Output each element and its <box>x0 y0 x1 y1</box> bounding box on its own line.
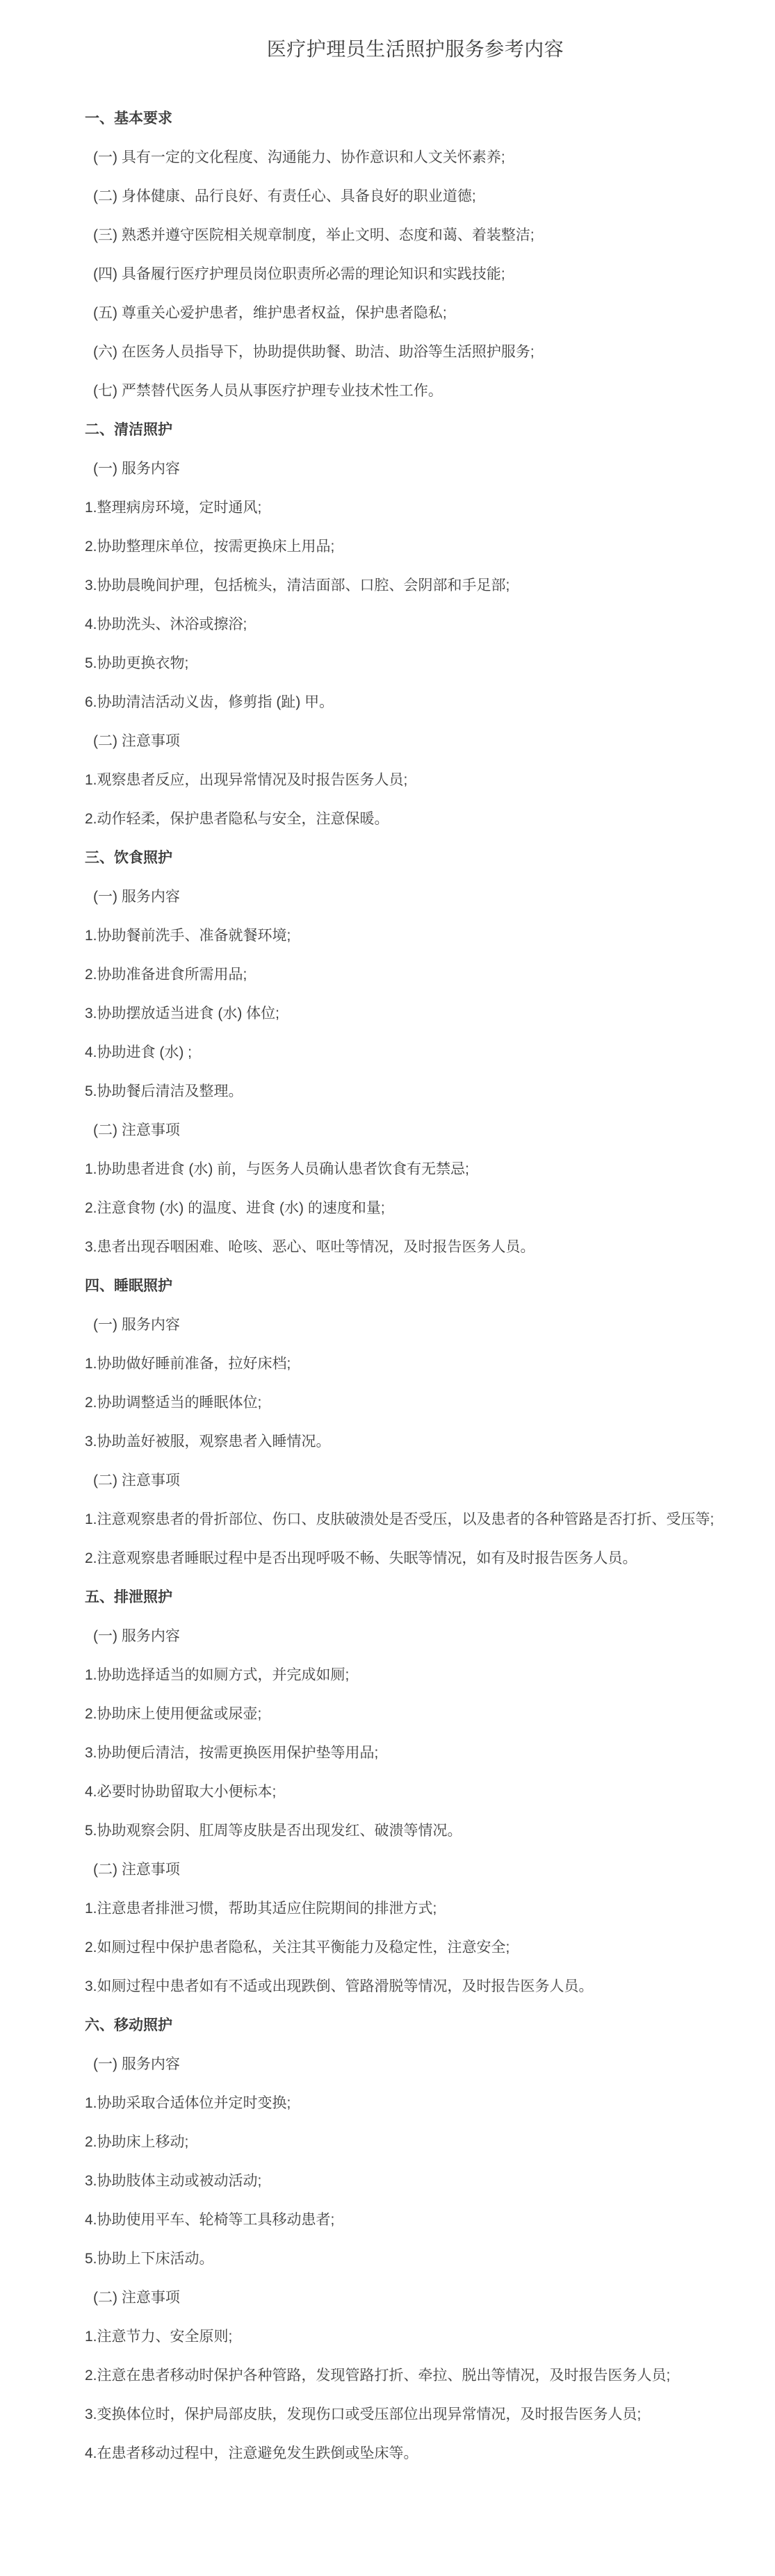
list-item-line: 6.协助清洁活动义齿，修剪指 (趾) 甲。 <box>85 695 746 709</box>
list-item-line: 3.协助盖好被服，观察患者入睡情况。 <box>85 1434 746 1449</box>
list-item-line: 4.协助使用平车、轮椅等工具移动患者; <box>85 2213 746 2227</box>
list-item-line: 1.注意观察患者的骨折部位、伤口、皮肤破溃处是否受压，以及患者的各种管路是否打折… <box>85 1512 746 1527</box>
list-item-line: 4.在患者移动过程中，注意避免发生跌倒或坠床等。 <box>85 2446 746 2461</box>
list-item-line: 3.协助摆放适当进食 (水) 体位; <box>85 1006 746 1021</box>
section-heading-6: 六、移动照护 <box>85 2018 746 2033</box>
list-item-line: 2.如厕过程中保护患者隐私，关注其平衡能力及稳定性，注意安全; <box>85 1940 746 1955</box>
sub-heading-line: (二) 注意事项 <box>85 734 746 748</box>
sub-heading-line: (三) 熟悉并遵守医院相关规章制度，举止文明、态度和蔼、着装整洁; <box>85 228 746 243</box>
list-item-line: 4.必要时协助留取大小便标本; <box>85 1785 746 1799</box>
sub-heading-line: (一) 服务内容 <box>85 2057 746 2072</box>
list-item-line: 3.协助便后清洁，按需更换医用保护垫等用品; <box>85 1746 746 1760</box>
sub-heading-line: (二) 注意事项 <box>85 1862 746 1877</box>
list-item-line: 5.协助餐后清洁及整理。 <box>85 1084 746 1099</box>
sub-heading-line: (一) 服务内容 <box>85 889 746 904</box>
list-item-line: 1.协助选择适当的如厕方式，并完成如厕; <box>85 1668 746 1682</box>
list-item-line: 2.协助准备进食所需用品; <box>85 967 746 982</box>
list-item-line: 2.注意观察患者睡眠过程中是否出现呼吸不畅、失眠等情况，如有及时报告医务人员。 <box>85 1551 746 1566</box>
list-item-line: 3.协助晨晚间护理，包括梳头，清洁面部、口腔、会阴部和手足部; <box>85 578 746 593</box>
list-item-line: 1.整理病房环境，定时通风; <box>85 500 746 515</box>
list-item-line: 2.协助床上使用便盆或尿壶; <box>85 1707 746 1721</box>
list-item-line: 5.协助上下床活动。 <box>85 2251 746 2266</box>
section-heading-5: 五、排泄照护 <box>85 1590 746 1605</box>
list-item-line: 2.注意食物 (水) 的温度、进食 (水) 的速度和量; <box>85 1201 746 1215</box>
list-item-line: 3.变换体位时，保护局部皮肤，发现伤口或受压部位出现异常情况，及时报告医务人员; <box>85 2407 746 2422</box>
list-item-line: 1.协助餐前洗手、准备就餐环境; <box>85 928 746 943</box>
list-item-line: 3.如厕过程中患者如有不适或出现跌倒、管路滑脱等情况，及时报告医务人员。 <box>85 1979 746 1994</box>
list-item-line: 3.患者出现吞咽困难、呛咳、恶心、呕吐等情况，及时报告医务人员。 <box>85 1240 746 1254</box>
sub-heading-line: (一) 具有一定的文化程度、沟通能力、协作意识和人文关怀素养; <box>85 150 746 165</box>
list-item-line: 1.观察患者反应，出现异常情况及时报告医务人员; <box>85 773 746 787</box>
list-item-line: 4.协助洗头、沐浴或擦浴; <box>85 617 746 632</box>
list-item-line: 2.协助整理床单位，按需更换床上用品; <box>85 539 746 554</box>
list-item-line: 5.协助更换衣物; <box>85 656 746 671</box>
document-page: 医疗护理员生活照护服务参考内容 一、基本要求(一) 具有一定的文化程度、沟通能力… <box>0 0 775 2576</box>
sub-heading-line: (六) 在医务人员指导下，协助提供助餐、助洁、助浴等生活照护服务; <box>85 345 746 359</box>
sub-heading-line: (二) 注意事项 <box>85 2290 746 2305</box>
document-body: 一、基本要求(一) 具有一定的文化程度、沟通能力、协作意识和人文关怀素养;(二)… <box>85 111 746 2461</box>
section-heading-2: 二、清洁照护 <box>85 423 746 437</box>
sub-heading-line: (一) 服务内容 <box>85 461 746 476</box>
list-item-line: 2.协助床上移动; <box>85 2135 746 2149</box>
list-item-line: 1.协助患者进食 (水) 前，与医务人员确认患者饮食有无禁忌; <box>85 1162 746 1176</box>
list-item-line: 2.注意在患者移动时保护各种管路，发现管路打折、牵拉、脱出等情况，及时报告医务人… <box>85 2368 746 2383</box>
sub-heading-line: (二) 注意事项 <box>85 1123 746 1138</box>
list-item-line: 1.协助做好睡前准备，拉好床档; <box>85 1356 746 1371</box>
sub-heading-line: (四) 具备履行医疗护理员岗位职责所必需的理论知识和实践技能; <box>85 267 746 281</box>
sub-heading-line: (五) 尊重关心爱护患者，维护患者权益，保护患者隐私; <box>85 306 746 320</box>
sub-heading-line: (一) 服务内容 <box>85 1318 746 1332</box>
sub-heading-line: (七) 严禁替代医务人员从事医疗护理专业技术性工作。 <box>85 384 746 398</box>
sub-heading-line: (二) 注意事项 <box>85 1473 746 1488</box>
list-item-line: 5.协助观察会阴、肛周等皮肤是否出现发红、破溃等情况。 <box>85 1823 746 1838</box>
list-item-line: 1.协助采取合适体位并定时变换; <box>85 2096 746 2110</box>
list-item-line: 3.协助肢体主动或被动活动; <box>85 2174 746 2188</box>
sub-heading-line: (二) 身体健康、品行良好、有责任心、具备良好的职业道德; <box>85 189 746 204</box>
section-heading-1: 一、基本要求 <box>85 111 746 126</box>
sub-heading-line: (一) 服务内容 <box>85 1629 746 1643</box>
list-item-line: 2.动作轻柔，保护患者隐私与安全，注意保暖。 <box>85 812 746 826</box>
list-item-line: 1.注意节力、安全原则; <box>85 2329 746 2344</box>
section-heading-4: 四、睡眠照护 <box>85 1279 746 1293</box>
document-title: 医疗护理员生活照护服务参考内容 <box>85 40 746 59</box>
section-heading-3: 三、饮食照护 <box>85 851 746 865</box>
list-item-line: 1.注意患者排泄习惯，帮助其适应住院期间的排泄方式; <box>85 1901 746 1916</box>
list-item-line: 2.协助调整适当的睡眠体位; <box>85 1395 746 1410</box>
list-item-line: 4.协助进食 (水) ; <box>85 1045 746 1060</box>
